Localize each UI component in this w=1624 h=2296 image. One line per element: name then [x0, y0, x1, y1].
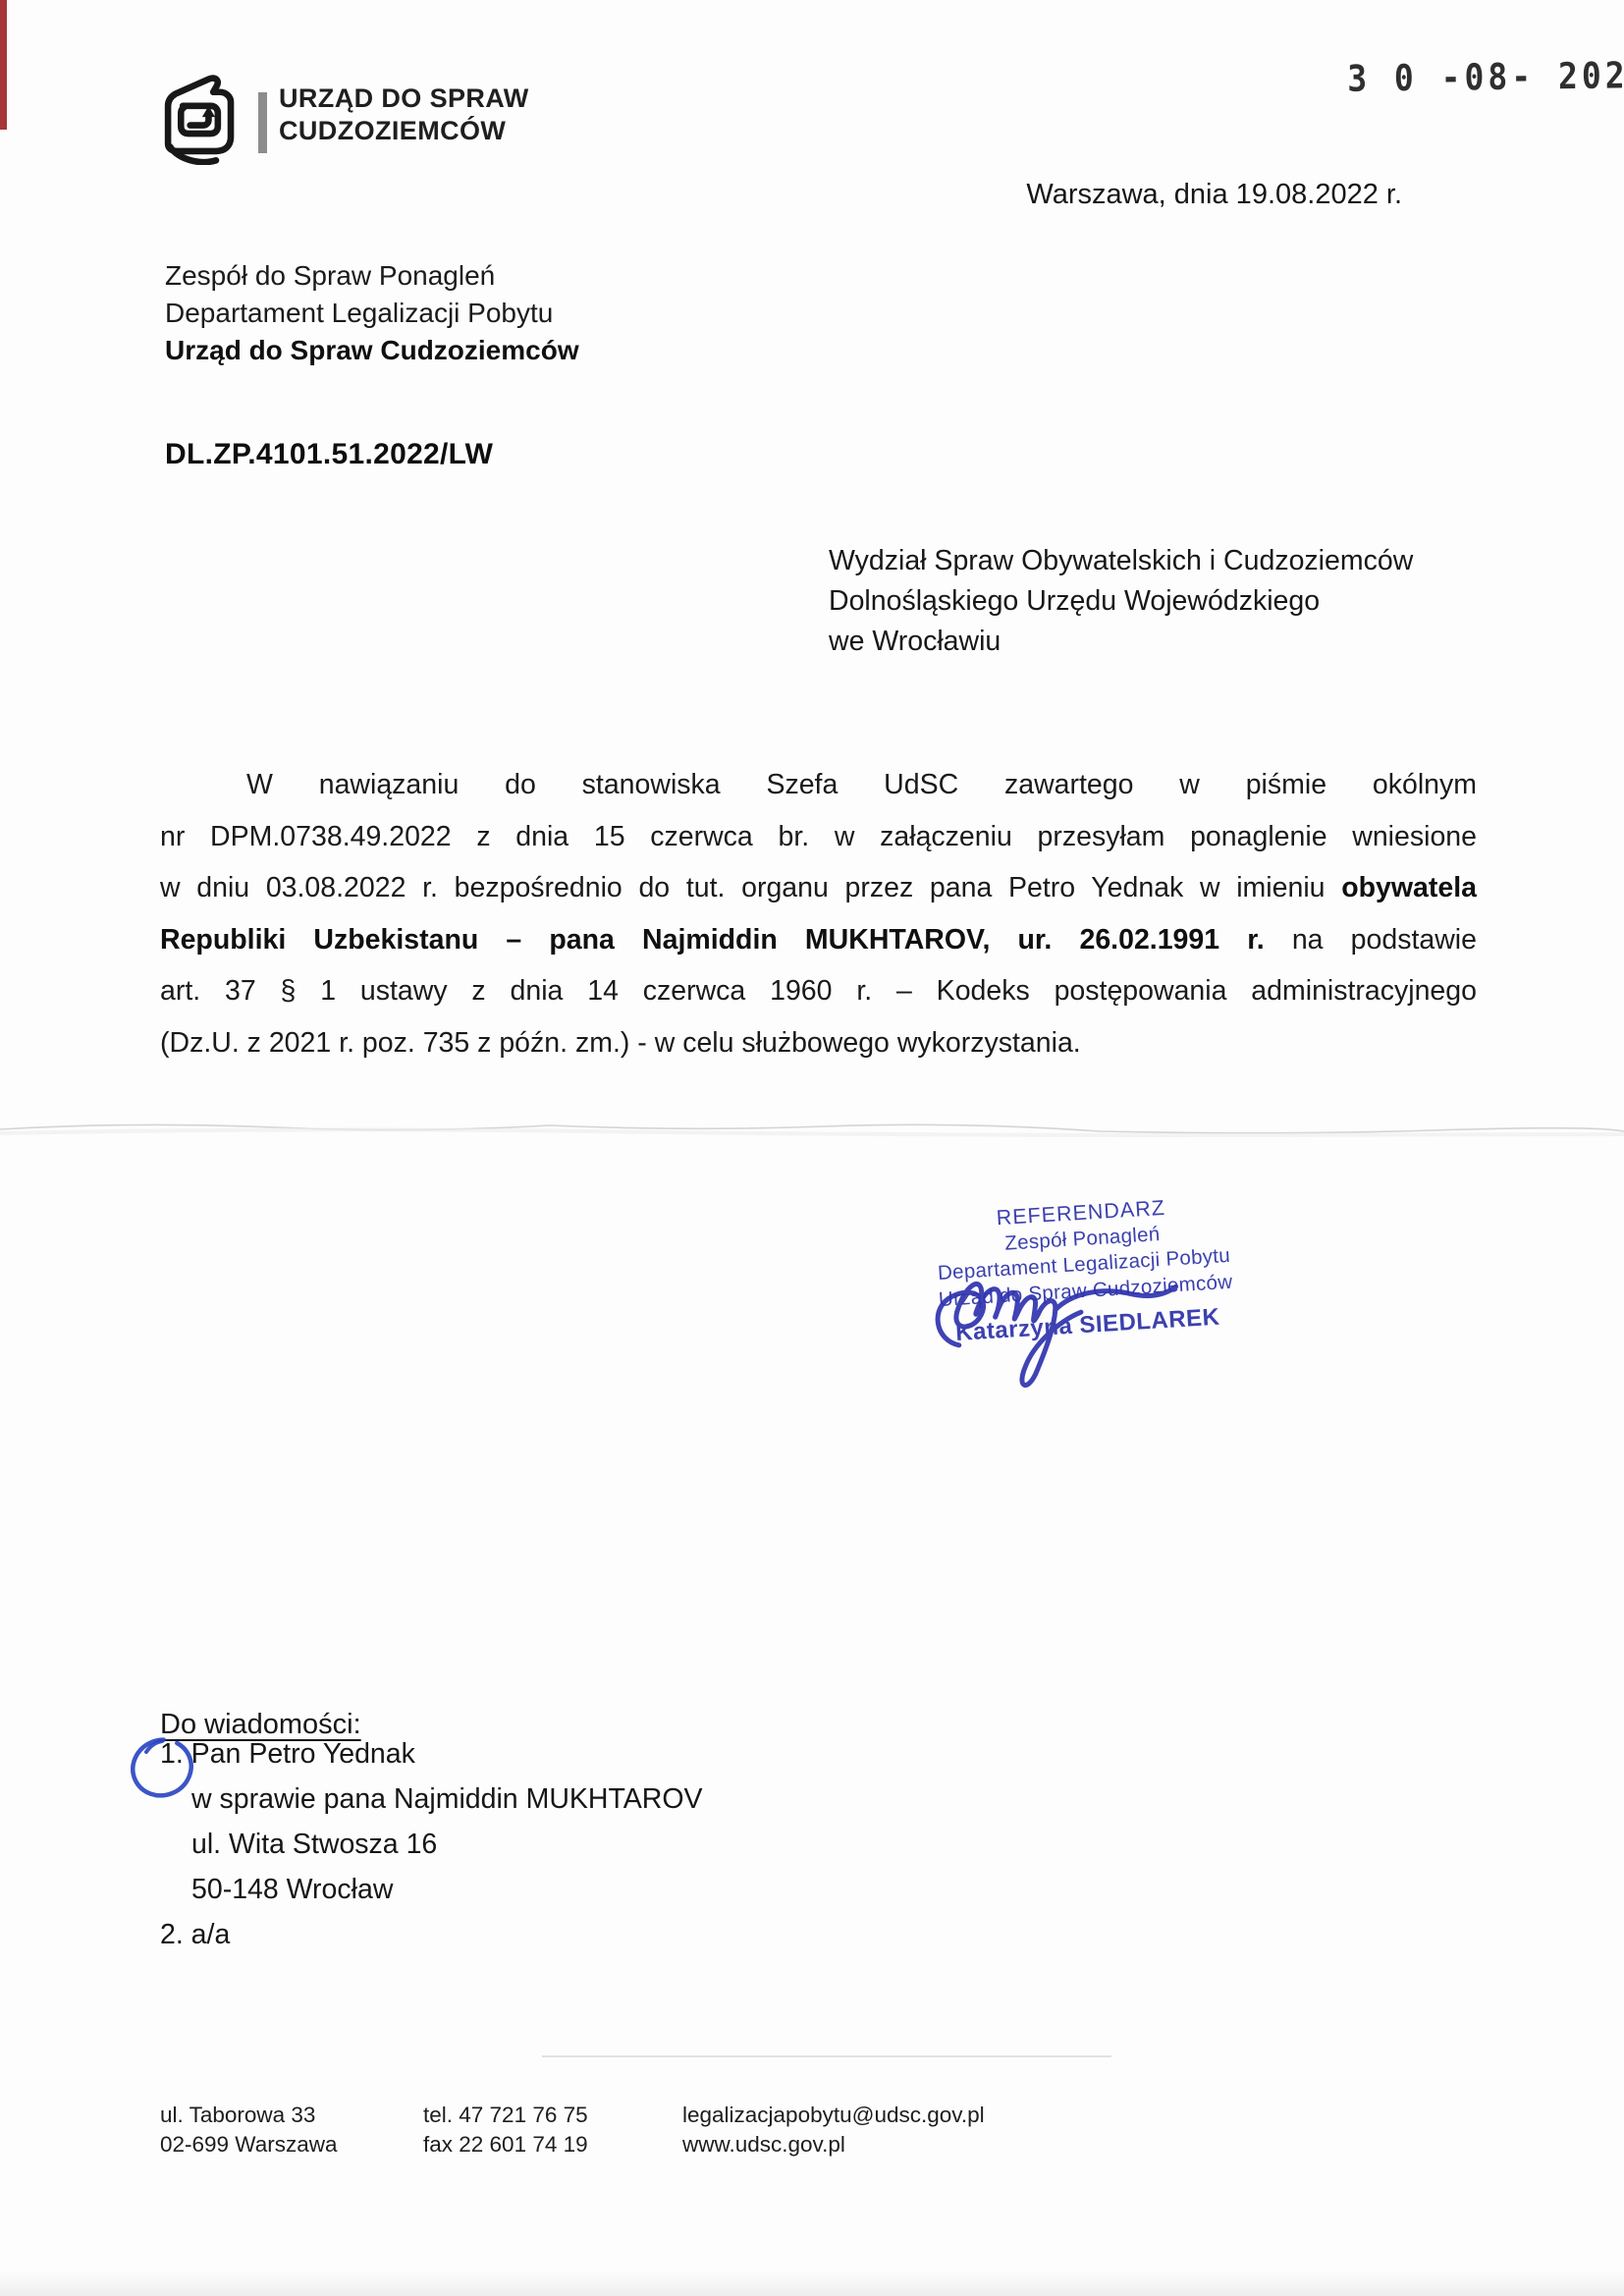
footer-line: ul. Taborowa 33 — [160, 2101, 423, 2130]
recipient-block: Wydział Spraw Obywatelskich i Cudzoziemc… — [829, 541, 1413, 662]
body-text: nr DPM.0738.49.2022 z dnia 15 czerwca br… — [160, 821, 1477, 852]
udsc-logo-icon — [145, 73, 255, 165]
body-line: W nawiązaniu do stanowiska Szefa UdSC za… — [160, 759, 1477, 811]
footer-line: fax 22 601 74 19 — [423, 2130, 682, 2159]
body-text: W nawiązaniu do stanowiska Szefa UdSC za… — [246, 769, 1477, 800]
body-bold-text: obywatela — [1341, 872, 1477, 903]
reference-number: DL.ZP.4101.51.2022/LW — [165, 438, 493, 471]
footer-line: www.udsc.gov.pl — [682, 2130, 1114, 2159]
footer-line: 02-699 Warszawa — [160, 2130, 423, 2159]
cc-item: ul. Wita Stwosza 16 — [160, 1822, 703, 1867]
sender-line: Urząd do Spraw Cudzoziemców — [165, 332, 579, 369]
footer-column: legalizacjapobytu@udsc.gov.plwww.udsc.go… — [682, 2101, 1114, 2159]
scan-bottom-shade — [0, 2270, 1624, 2296]
body-text: art. 37 § 1 ustawy z dnia 14 czerwca 196… — [160, 975, 1477, 1007]
body-line: (Dz.U. z 2021 r. poz. 735 z późn. zm.) -… — [160, 1017, 1477, 1069]
body-line: art. 37 § 1 ustawy z dnia 14 czerwca 196… — [160, 965, 1477, 1017]
footer-line: legalizacjapobytu@udsc.gov.pl — [682, 2101, 1114, 2130]
body-text: (Dz.U. z 2021 r. poz. 735 z późn. zm.) -… — [160, 1027, 1081, 1059]
footer-column: tel. 47 721 76 75fax 22 601 74 19 — [423, 2101, 682, 2159]
recipient-line: we Wrocławiu — [829, 622, 1413, 662]
sender-block: Zespół do Spraw PonagleńDepartament Lega… — [165, 257, 579, 369]
body-text: na podstawie — [1265, 924, 1477, 956]
scanned-letter-page: URZĄD DO SPRAW CUDZOZIEMCÓW 3 0 -08- 202… — [0, 0, 1624, 2296]
cc-item: 1. Pan Petro Yednak — [160, 1731, 703, 1777]
place-and-date: Warszawa, dnia 19.08.2022 r. — [982, 179, 1402, 211]
footer-separator-line — [542, 2055, 1111, 2057]
cc-item: 50-148 Wrocław — [160, 1867, 703, 1912]
body-line: nr DPM.0738.49.2022 z dnia 15 czerwca br… — [160, 811, 1477, 863]
recipient-line: Dolnośląskiego Urzędu Wojewódzkiego — [829, 581, 1413, 622]
recipient-line: Wydział Spraw Obywatelskich i Cudzoziemc… — [829, 541, 1413, 581]
logo-divider-bar — [258, 92, 267, 153]
body-paragraph: W nawiązaniu do stanowiska Szefa UdSC za… — [160, 759, 1477, 1068]
body-line: Republiki Uzbekistanu – pana Najmiddin M… — [160, 914, 1477, 966]
org-name: URZĄD DO SPRAW CUDZOZIEMCÓW — [279, 82, 529, 147]
footer-column: ul. Taborowa 3302-699 Warszawa — [160, 2101, 423, 2159]
sender-line: Zespół do Spraw Ponagleń — [165, 257, 579, 295]
official-stamp: REFERENDARZZespół PonagleńDepartament Le… — [884, 1188, 1284, 1351]
cc-item: 2. a/a — [160, 1912, 703, 1957]
cc-list: 1. Pan Petro Yednakw sprawie pana Najmid… — [160, 1731, 703, 1957]
cc-item: w sprawie pana Najmiddin MUKHTAROV — [160, 1777, 703, 1822]
body-text: w dniu 03.08.2022 r. bezpośrednio do tut… — [160, 872, 1341, 903]
footer: ul. Taborowa 3302-699 Warszawatel. 47 72… — [160, 2101, 1240, 2159]
scan-crease-line — [0, 1108, 1624, 1147]
scan-edge-red-strip — [0, 0, 7, 130]
org-name-line2: CUDZOZIEMCÓW — [279, 115, 529, 147]
footer-line: tel. 47 721 76 75 — [423, 2101, 682, 2130]
sender-line: Departament Legalizacji Pobytu — [165, 295, 579, 332]
org-name-line1: URZĄD DO SPRAW — [279, 82, 529, 115]
received-date-stamp: 3 0 -08- 2022 — [1347, 53, 1624, 99]
body-line: w dniu 03.08.2022 r. bezpośrednio do tut… — [160, 862, 1477, 914]
body-bold-text: Republiki Uzbekistanu – pana Najmiddin M… — [160, 924, 1265, 956]
